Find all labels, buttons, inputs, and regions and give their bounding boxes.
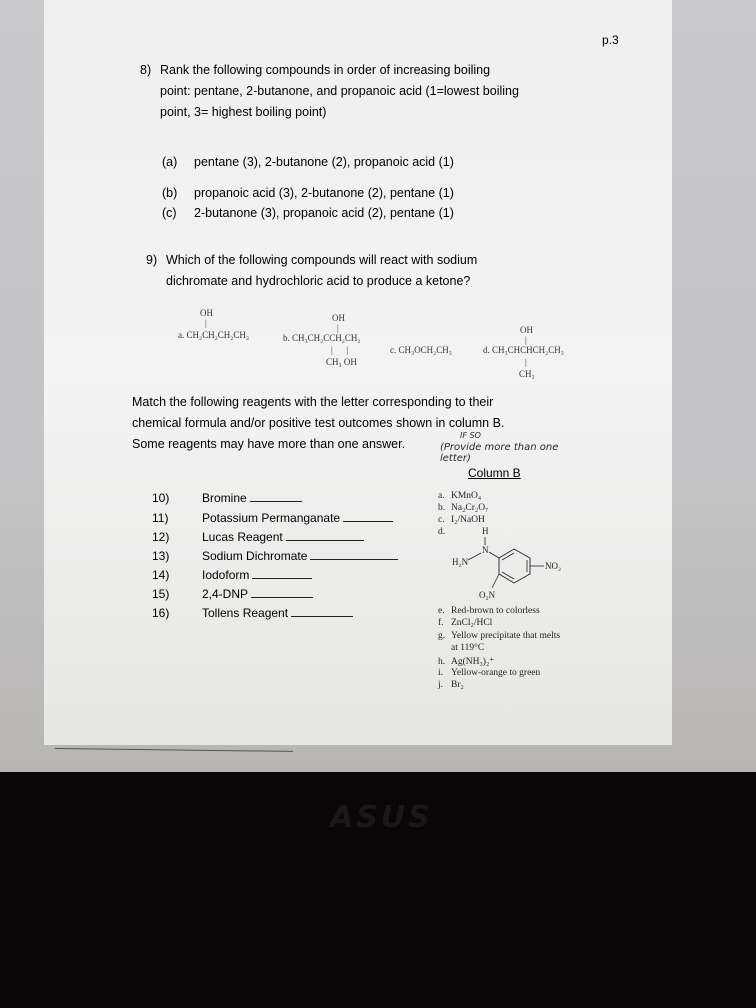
question-text-line: point: pentane, 2-butanone, and propanoi…: [140, 81, 519, 102]
question-number: 8): [140, 60, 160, 81]
match-item-16: 16)Tollens Reagent: [152, 604, 353, 620]
answer-blank[interactable]: [251, 585, 313, 598]
match-item-12: 12)Lucas Reagent: [152, 528, 364, 544]
answer-blank[interactable]: [343, 509, 393, 522]
svg-text:N: N: [482, 545, 489, 555]
column-b-item-g: g.Yellow precipitate that melts: [438, 631, 560, 641]
structure-c: c. CH₃OCH₂CH₃: [390, 345, 452, 355]
column-b-item-a: a.KMnO₄: [438, 491, 481, 501]
match-item-14: 14)Iodoform: [152, 566, 312, 582]
column-b-item-d: d.: [438, 527, 451, 537]
column-b-item-e: e.Red-brown to colorless: [438, 606, 540, 616]
instruction-line: chemical formula and/or positive test ou…: [132, 413, 572, 434]
match-item-10: 10)Bromine: [152, 489, 302, 505]
page-number: p.3: [602, 33, 619, 47]
question-text-line: point, 3= highest boiling point): [140, 102, 519, 123]
column-b-item-h: h.Ag(NH₃)₂⁺: [438, 656, 494, 667]
instruction-line: Match the following reagents with the le…: [132, 392, 572, 413]
match-item-15: 15)2,4-DNP: [152, 585, 313, 601]
question-9: 9)Which of the following compounds will …: [146, 250, 477, 292]
column-b-item-i: i.Yellow-orange to green: [438, 668, 540, 678]
answer-blank[interactable]: [250, 489, 302, 502]
question-text-line: Which of the following compounds will re…: [166, 253, 477, 267]
page-divider: [55, 748, 293, 752]
column-b-item-c: c.I₂/NaOH: [438, 515, 485, 525]
question-text-line: dichromate and hydrochloric acid to prod…: [146, 271, 477, 292]
answer-blank[interactable]: [286, 528, 364, 541]
answer-blank[interactable]: [252, 566, 312, 579]
handwritten-note-above: IF SO: [460, 431, 481, 440]
column-b-title: Column B: [468, 466, 521, 480]
answer-option-a: (a)pentane (3), 2-butanone (2), propanoi…: [162, 155, 454, 169]
answer-blank[interactable]: [291, 604, 353, 617]
question-number: 9): [146, 250, 166, 271]
dnp-structure-diagram: H N H₂N NO₂ O₂N: [452, 526, 602, 606]
column-b-item-j: j.Br₂: [438, 680, 464, 690]
match-item-13: 13)Sodium Dichromate: [152, 547, 398, 563]
answer-option-b: (b)propanoic acid (3), 2-butanone (2), p…: [162, 186, 454, 200]
handwritten-note: (Provide more than one letter): [440, 442, 590, 464]
brand-logo: ASUS: [330, 800, 433, 835]
match-item-11: 11)Potassium Permanganate: [152, 509, 393, 525]
question-text-line: Rank the following compounds in order of…: [160, 63, 490, 77]
answer-blank[interactable]: [310, 547, 398, 560]
svg-text:O₂N: O₂N: [479, 590, 496, 600]
column-b-item-b: b.Na₂Cr₂O₇: [438, 503, 488, 513]
question-8: 8)Rank the following compounds in order …: [140, 60, 519, 123]
column-b-item-g-cont: at 119°C: [438, 643, 484, 653]
answer-option-c: (c)2-butanone (3), propanoic acid (2), p…: [162, 206, 454, 220]
svg-text:H₂N: H₂N: [452, 557, 469, 567]
svg-text:H: H: [482, 526, 489, 536]
svg-text:NO₂: NO₂: [545, 561, 561, 571]
column-b-item-f: f.ZnCl₂/HCl: [438, 618, 492, 628]
